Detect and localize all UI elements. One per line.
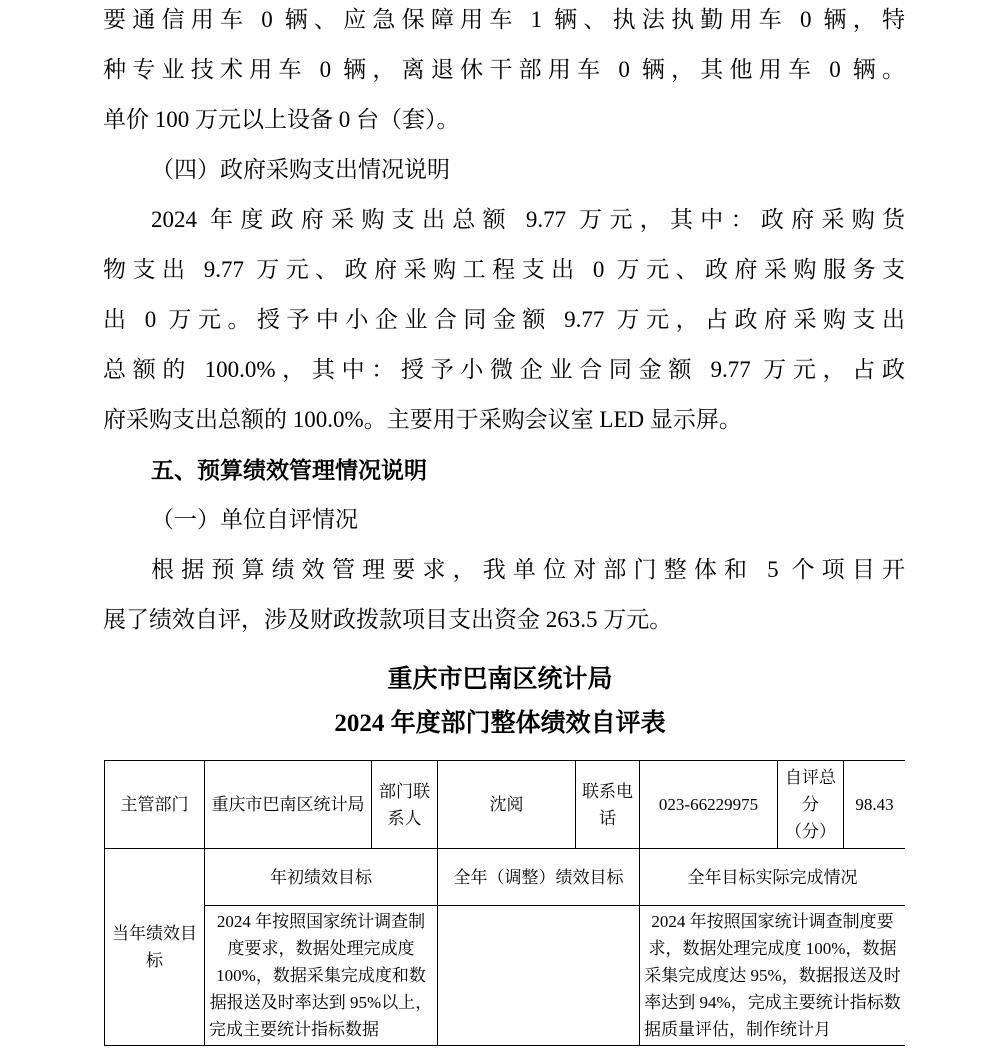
col-header-actual: 全年目标实际完成情况 [640,849,906,906]
paragraph-line: 总额的 100.0%，其中：授予小微企业合同金额 9.77 万元，占政 [103,345,905,395]
paragraph-line: 出 0 万元。授予中小企业合同金额 9.77 万元，占政府采购支出 [103,295,905,345]
actual-goal-text: 2024 年按照国家统计调查制度要求，数据处理完成度 100%，数据采集完成度达… [640,906,906,1046]
document-page: 要通信用车 0 辆、应急保障用车 1 辆、执法执勤用车 0 辆，特 种专业技术用… [0,0,1000,1051]
row-label-current-year-goal: 当年绩效目标 [105,849,205,1046]
document-body: 要通信用车 0 辆、应急保障用车 1 辆、执法执勤用车 0 辆，特 种专业技术用… [103,0,905,645]
paragraph-line: 物支出 9.77 万元、政府采购工程支出 0 万元、政府采购服务支 [103,245,905,295]
section-heading-performance: 五、预算绩效管理情况说明 [103,445,905,495]
paragraph-line: 种专业技术用车 0 辆，离退休干部用车 0 辆，其他用车 0 辆。 [103,45,905,95]
score-value: 98.43 [844,761,906,849]
self-eval-table: 主管部门 重庆市巴南区统计局 部门联系人 沈阅 联系电话 023-6622997… [104,760,905,1046]
table-title: 2024 年度部门整体绩效自评表 [0,702,1000,746]
subsection-heading-self-eval: （一）单位自评情况 [103,495,905,545]
col-header-adjusted-goal: 全年（调整）绩效目标 [438,849,640,906]
self-eval-table-wrap: 主管部门 重庆市巴南区统计局 部门联系人 沈阅 联系电话 023-6622997… [104,760,905,1046]
phone-label: 联系电话 [576,761,640,849]
initial-goal-text: 2024 年按照国家统计调查制度要求，数据处理完成度 100%，数据采集完成度和… [205,906,438,1046]
phone-value: 023-66229975 [640,761,778,849]
contact-label: 部门联系人 [372,761,438,849]
org-title: 重庆市巴南区统计局 [0,658,1000,702]
paragraph-line: 根据预算绩效管理要求，我单位对部门整体和 5 个项目开 [103,545,905,595]
table-row: 主管部门 重庆市巴南区统计局 部门联系人 沈阅 联系电话 023-6622997… [105,761,906,849]
section-heading-gov-procurement: （四）政府采购支出情况说明 [103,145,905,195]
paragraph-line: 要通信用车 0 辆、应急保障用车 1 辆、执法执勤用车 0 辆，特 [103,0,905,45]
paragraph-line: 府采购支出总额的 100.0%。主要用于采购会议室 LED 显示屏。 [103,395,905,445]
paragraph-line: 展了绩效自评，涉及财政拨款项目支出资金 263.5 万元。 [103,595,905,645]
contact-value: 沈阅 [438,761,576,849]
col-header-initial-goal: 年初绩效目标 [205,849,438,906]
supervisor-value: 重庆市巴南区统计局 [205,761,372,849]
table-row: 当年绩效目标 年初绩效目标 全年（调整）绩效目标 全年目标实际完成情况 [105,849,906,906]
table-row: 2024 年按照国家统计调查制度要求，数据处理完成度 100%，数据采集完成度和… [105,906,906,1046]
supervisor-label: 主管部门 [105,761,205,849]
paragraph-line: 单价 100 万元以上设备 0 台（套）。 [103,95,905,145]
adjusted-goal-text [438,906,640,1046]
score-label: 自评总分（分） [778,761,844,849]
paragraph-line: 2024 年度政府采购支出总额 9.77 万元，其中：政府采购货 [103,195,905,245]
